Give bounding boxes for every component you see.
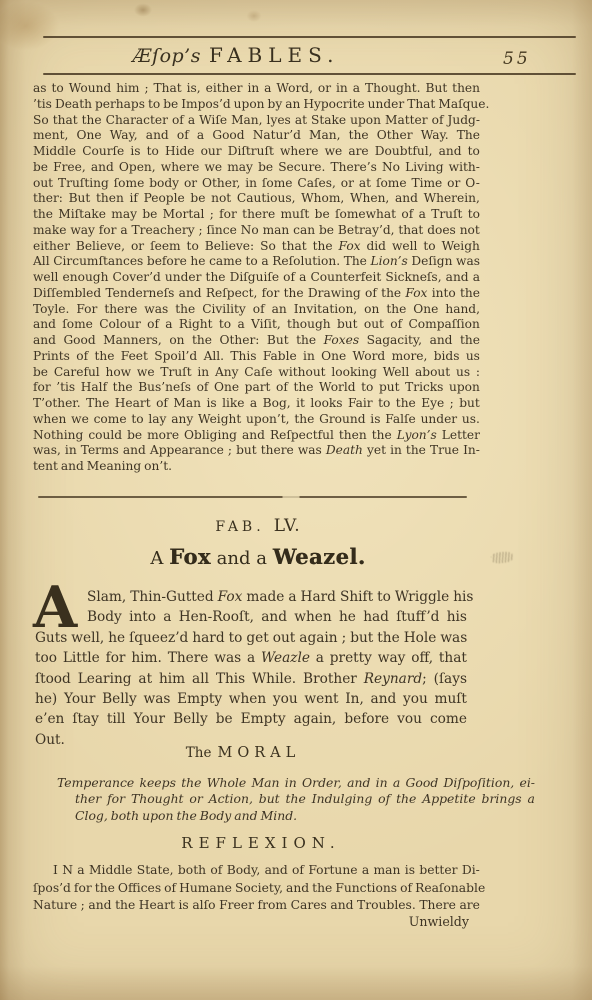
fable-paragraph: Slam,Thin-GuttedFoxmadeaHardShifttoWrigg… bbox=[35, 587, 467, 750]
fable-title-fox: Fox bbox=[169, 544, 211, 569]
text-line: Slam,Thin-GuttedFoxmadeaHardShifttoWrigg… bbox=[35, 587, 467, 607]
fable-number-label: FAB. bbox=[215, 519, 264, 535]
fable-title-middle: and a bbox=[217, 548, 267, 569]
text-line: he)YourBellywasEmptywhenyouwentIn,andyou… bbox=[35, 689, 467, 709]
text-line: SothattheCharacterofaWiſeMan,lyesatStake… bbox=[33, 113, 480, 129]
text-line: andſomeColourofaRighttoaViſit,thoughbuto… bbox=[33, 317, 480, 333]
text-line: tentandMeaningon’t. bbox=[33, 459, 480, 475]
text-line: wellenoughCover’dundertheDiſguiſeofaCoun… bbox=[33, 270, 480, 286]
catchword: Unwieldy bbox=[33, 914, 469, 929]
text-line: BodyintoaHen-Rooſt,andwhenhehadſtuff’dhi… bbox=[35, 607, 467, 627]
text-line: beFree,andOpen,wherewemaybeSecure.There’… bbox=[33, 160, 480, 176]
text-line: therforThoughtorAction,buttheIndulgingof… bbox=[57, 791, 535, 807]
text-line: for’tisHalftheBus’neſsofOnepartoftheWorl… bbox=[33, 380, 480, 396]
fable-title-prefix: A bbox=[150, 548, 163, 569]
reflexion-paragraph: INaMiddleState,bothofBody,andofFortuneam… bbox=[33, 862, 480, 915]
moral-heading-the: The bbox=[186, 745, 212, 761]
text-line: Clog,bothupontheBodyandMind. bbox=[57, 808, 535, 824]
intro-paragraph: astoWoundhim;Thatis,eitherinaWord,orinaT… bbox=[33, 81, 480, 475]
fable-title: A Fox and a Weazel. bbox=[0, 544, 516, 569]
fable-number-heading: FAB.LV. bbox=[0, 516, 516, 536]
fable-title-weazel: Weazel bbox=[273, 544, 358, 569]
text-line: tooLittleforhim.TherewasaWeazleaprettywa… bbox=[35, 648, 467, 668]
text-line: was,inTermsandAppearance;buttherewasDeat… bbox=[33, 443, 480, 459]
running-header-aesop: Æſop’s bbox=[133, 45, 201, 67]
text-line: beCarefulhowweTruſtinAnyCaſewithoutlooki… bbox=[33, 365, 480, 381]
text-line: MiddleCourſeistoHideourDiſtruſtwherewear… bbox=[33, 144, 480, 160]
text-line: DiſſembledTenderneſsandReſpect,fortheDra… bbox=[33, 286, 480, 302]
text-line: astoWoundhim;Thatis,eitherinaWord,orinaT… bbox=[33, 81, 480, 97]
running-header: Æſop’sFABLES. bbox=[118, 43, 354, 67]
text-line: ther:ButthenifPeoplebenotCautious,Whom,W… bbox=[33, 191, 480, 207]
header-rule-bottom bbox=[43, 73, 576, 75]
section-divider-rule bbox=[38, 496, 467, 498]
page-number: 55 bbox=[503, 49, 531, 69]
text-line: eitherBelieve,orſeemtoBelieve:SothattheF… bbox=[33, 239, 480, 255]
fable-number-numeral: LV. bbox=[274, 516, 301, 536]
header-rule-top bbox=[43, 36, 576, 38]
reflexion-heading: REFLEXION. bbox=[0, 834, 522, 852]
text-line: PrintsoftheFeetSpoil’dAll.ThisFableinOne… bbox=[33, 349, 480, 365]
text-line: ment,OneWay,andofaGoodNatur’dMan,theOthe… bbox=[33, 128, 480, 144]
text-line: ’tisDeathperhapstobeImpos’duponbyanHypoc… bbox=[33, 97, 480, 113]
text-line: makewayforaTreachery;ſinceNomancanbeBetr… bbox=[33, 223, 480, 239]
text-line: whenwecometolayanyWeightupon’t,theGround… bbox=[33, 412, 480, 428]
text-line: theMiſtakemaybeMortal;fortheremuſtbeſome… bbox=[33, 207, 480, 223]
text-line: Toyle.FortherewastheCivilityofanInvitati… bbox=[33, 302, 480, 318]
text-line: andGoodManners,ontheOther:ButtheFoxesSag… bbox=[33, 333, 480, 349]
text-line: AllCircumſtancesbeforehecametoaReſolutio… bbox=[33, 254, 480, 270]
text-line: Gutswell,heſqueez’dhardtogetoutagain;but… bbox=[35, 628, 467, 648]
text-line: outTruſtingſomebodyorOther,inſomeCaſes,o… bbox=[33, 176, 480, 192]
book-page: Æſop’sFABLES. 55 astoWoundhim;Thatis,eit… bbox=[0, 0, 592, 1000]
text-line: T’other.TheHeartofManislikeaBog,itlooksF… bbox=[33, 396, 480, 412]
text-line: e’enſtaytillYourBellybeEmptyagain,before… bbox=[35, 709, 467, 729]
moral-paragraph: TemperancekeepstheWholeManinOrder,andina… bbox=[57, 775, 535, 824]
text-line: TemperancekeepstheWholeManinOrder,andina… bbox=[57, 775, 535, 791]
moral-heading: TheMORAL bbox=[0, 742, 486, 761]
moral-heading-word: MORAL bbox=[217, 745, 300, 761]
text-line: Nature;andtheHeartisalſoFreerfromCaresan… bbox=[33, 897, 480, 915]
text-line: ſtoodLearingathimallThisWhile.BrotherRey… bbox=[35, 669, 467, 689]
text-line: NothingcouldbemoreObligingandReſpectfult… bbox=[33, 428, 480, 444]
fable-title-period: . bbox=[358, 544, 366, 569]
running-header-fables: FABLES. bbox=[209, 43, 340, 67]
text-line: ſpos’dfortheOfficesofHumaneSociety,andth… bbox=[33, 880, 480, 898]
text-line: INaMiddleState,bothofBody,andofFortuneam… bbox=[33, 862, 480, 880]
